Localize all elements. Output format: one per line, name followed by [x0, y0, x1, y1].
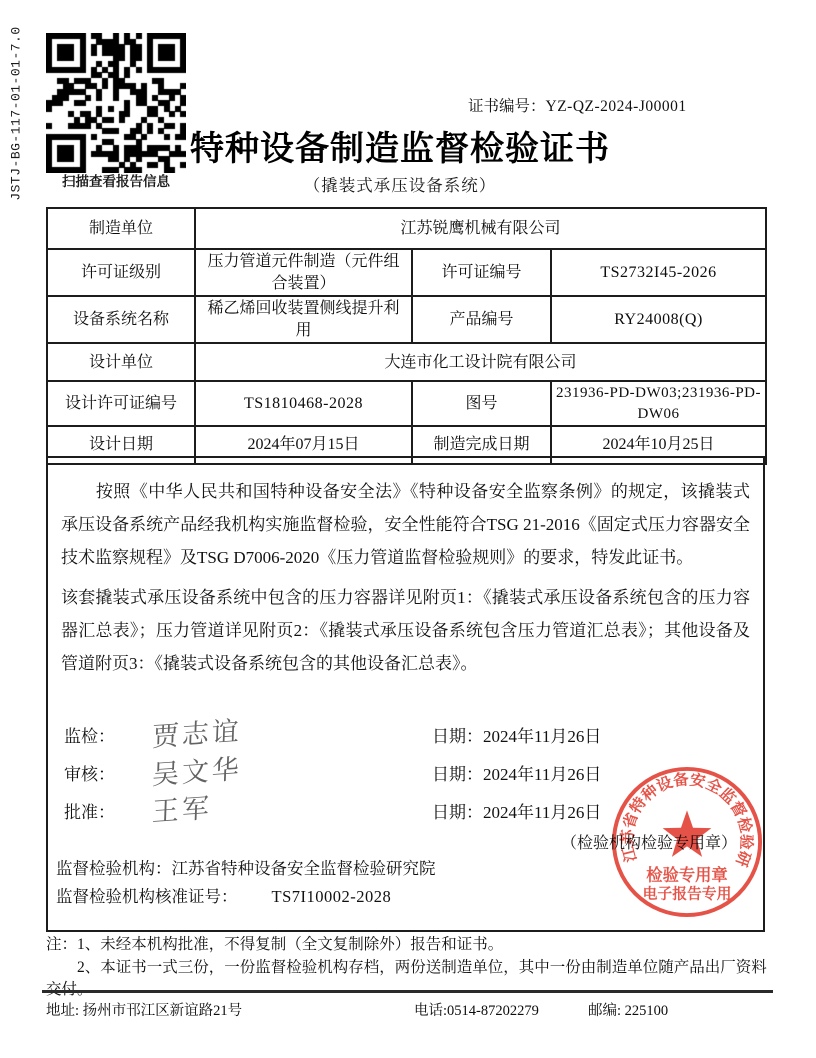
inspection-agency-line: 监督检验机构：江苏省特种设备安全监督检验研究院 — [56, 855, 436, 879]
field-value: 大连市化工设计院有限公司 — [195, 343, 766, 381]
field-label: 设计许可证编号 — [47, 381, 195, 426]
field-label: 图号 — [412, 381, 551, 426]
seal-star-icon — [663, 810, 712, 856]
signature-row-inspection: 监检： 贾志谊 日期：2024年11月26日 — [64, 716, 747, 752]
table-row: 设备系统名称 稀乙烯回收装置侧线提升利用 产品编号 RY24008(Q) — [47, 296, 766, 343]
signature-date: 日期：2024年11月26日 — [432, 760, 601, 785]
agency-value: 江苏省特种设备安全监督检验研究院 — [172, 859, 436, 878]
statement-paragraph-1: 按照《中华人民共和国特种设备安全法》《特种设备安全监察条例》的规定，该撬装式承压… — [61, 475, 750, 574]
license-label: 监督检验机构核准证号： — [56, 887, 238, 906]
seal-ring-text: 江苏省特种设备安全监督检验研究院 — [608, 763, 756, 869]
footer-zip: 邮编: 225100 — [588, 999, 668, 1020]
qr-caption: 扫描查看报告信息 — [40, 170, 192, 190]
seal-line1: 检验专用章 — [646, 866, 727, 885]
license-value: TS7I10002-2028 — [272, 887, 392, 906]
qr-code — [46, 33, 186, 173]
field-label: 许可证编号 — [412, 249, 551, 296]
signature-label: 批准： — [64, 798, 115, 823]
field-value: 稀乙烯回收装置侧线提升利用 — [195, 296, 412, 343]
field-label: 设备系统名称 — [47, 296, 195, 343]
agency-license-line: 监督检验机构核准证号：TS7I10002-2028 — [56, 883, 391, 907]
table-row: 设计单位 大连市化工设计院有限公司 — [47, 343, 766, 381]
statement-paragraph-2: 该套撬装式承压设备系统中包含的压力容器详见附页1：《撬装式承压设备系统包含的压力… — [61, 581, 750, 680]
field-value: TS1810468-2028 — [195, 381, 412, 426]
document-code-vertical: JSTJ-BG-117-01-01-7.0 — [9, 26, 24, 202]
field-value: 231936-PD-DW03;231936-PD-DW06 — [551, 381, 766, 426]
info-table: 制造单位 江苏锐鹰机械有限公司 许可证级别 压力管道元件制造（元件组合装置） 许… — [46, 207, 767, 465]
footer-address: 地址: 扬州市邗江区新谊路21号 — [46, 999, 242, 1020]
field-value: RY24008(Q) — [551, 296, 766, 343]
seal-line2: 电子报告专用 — [643, 884, 732, 902]
certificate-number-label: 证书编号： — [468, 98, 546, 115]
handwritten-signature: 吴文华 — [151, 747, 242, 792]
page-title: 特种设备制造监督检验证书 — [190, 121, 610, 170]
page-subtitle: （撬装式承压设备系统） — [190, 172, 610, 196]
signature-date: 日期：2024年11月26日 — [432, 798, 601, 823]
signature-date: 日期：2024年11月26日 — [432, 722, 601, 747]
table-row: 许可证级别 压力管道元件制造（元件组合装置） 许可证编号 TS2732I45-2… — [47, 249, 766, 296]
field-label: 制造单位 — [47, 208, 195, 249]
field-value: 压力管道元件制造（元件组合装置） — [195, 249, 412, 296]
field-label: 产品编号 — [412, 296, 551, 343]
certificate-page: JSTJ-BG-117-01-01-7.0 扫描查看报告信息 证书编号：YZ-Q… — [0, 0, 816, 1058]
footnote-1: 注：1、未经本机构批准，不得复制（全文复制除外）报告和证书。 — [46, 934, 770, 957]
certificate-number-line: 证书编号：YZ-QZ-2024-J00001 — [468, 94, 687, 116]
table-row: 设计许可证编号 TS1810468-2028 图号 231936-PD-DW03… — [47, 381, 766, 426]
table-row: 制造单位 江苏锐鹰机械有限公司 — [47, 208, 766, 249]
field-label: 许可证级别 — [47, 249, 195, 296]
field-label: 设计单位 — [47, 343, 195, 381]
handwritten-signature: 王军 — [151, 786, 212, 829]
signature-label: 审核： — [64, 760, 115, 785]
footer-divider — [42, 990, 773, 993]
agency-label: 监督检验机构： — [56, 859, 172, 878]
field-value: TS2732I45-2026 — [551, 249, 766, 296]
signature-label: 监检： — [64, 722, 115, 747]
certificate-number-value: YZ-QZ-2024-J00001 — [546, 98, 687, 115]
footer-phone: 电话:0514-87202279 — [414, 999, 539, 1020]
footnote-2: 2、本证书一式三份，一份监督检验机构存档，两份送制造单位，其中一份由制造单位随产… — [46, 957, 770, 1002]
red-inspection-seal: 江苏省特种设备安全监督检验研究院 检验专用章 电子报告专用 — [608, 763, 766, 921]
field-value: 江苏锐鹰机械有限公司 — [195, 208, 766, 249]
